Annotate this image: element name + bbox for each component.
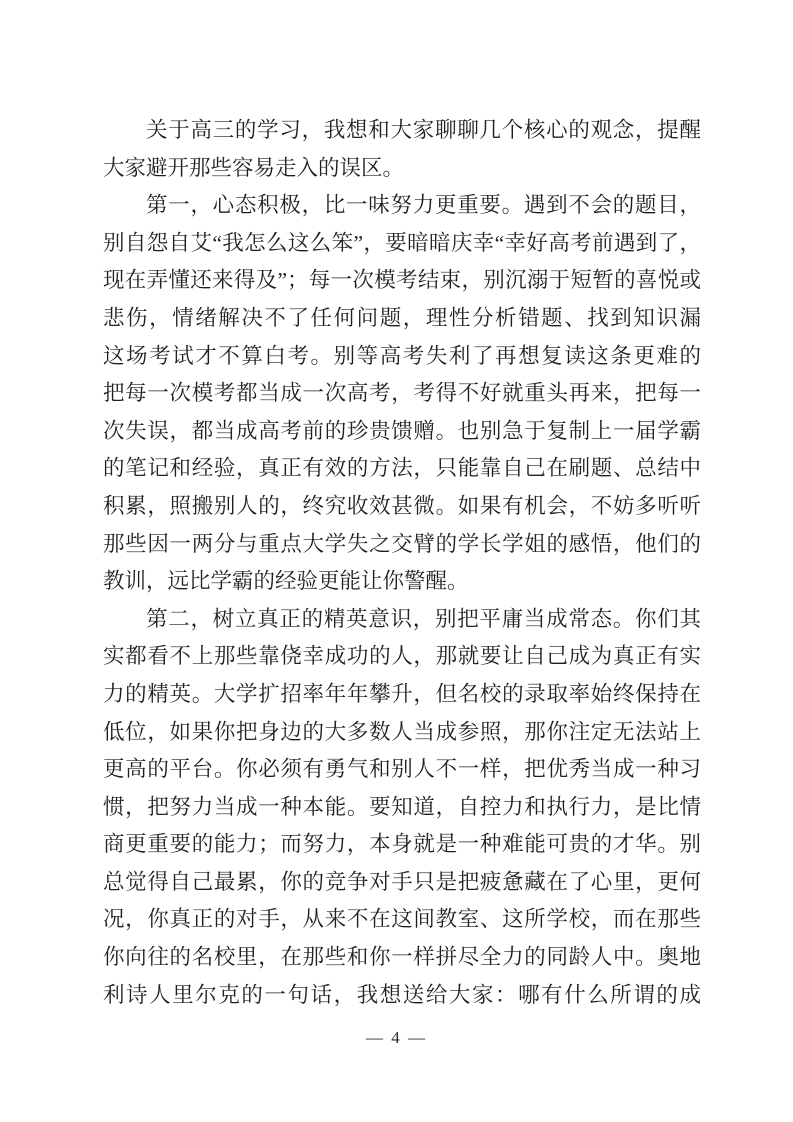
page-number: — 4 — <box>366 1028 427 1047</box>
text-line: 次失误，都当成高考前的珍贵馈赠。也别急于复制上一届学霸 <box>103 413 701 451</box>
text-line: 关于高三的学习，我想和大家聊聊几个核心的观念，提醒 <box>103 112 701 150</box>
page-footer: — 4 — <box>0 1028 793 1048</box>
text-line: 实都看不上那些靠侥幸成功的人，那就要让自己成为真正有实 <box>103 638 701 676</box>
text-line: 这场考试才不算白考。别等高考失利了再想复读这条更难的路， <box>103 338 701 376</box>
text-line: 别自怨自艾“我怎么这么笨”，要暗暗庆幸“幸好高考前遇到了， <box>103 225 701 263</box>
paragraph: 第一，心态积极，比一味努力更重要。遇到不会的题目，别自怨自艾“我怎么这么笨”，要… <box>103 187 701 601</box>
text-line: 悲伤，情绪解决不了任何问题，理性分析错题、找到知识漏洞， <box>103 300 701 338</box>
text-line: 第二，树立真正的精英意识，别把平庸当成常态。你们其 <box>103 601 701 639</box>
document-page: 关于高三的学习，我想和大家聊聊几个核心的观念，提醒大家避开那些容易走入的误区。第… <box>0 0 793 1122</box>
text-line: 积累，照搬别人的，终究收效甚微。如果有机会，不妨多听听 <box>103 488 701 526</box>
text-line: 力的精英。大学扩招率年年攀升，但名校的录取率始终保持在 <box>103 676 701 714</box>
document-body: 关于高三的学习，我想和大家聊聊几个核心的观念，提醒大家避开那些容易走入的误区。第… <box>103 112 701 1014</box>
text-line: 的笔记和经验，真正有效的方法，只能靠自己在刷题、总结中 <box>103 450 701 488</box>
text-line: 把每一次模考都当成一次高考，考得不好就重头再来，把每一 <box>103 375 701 413</box>
text-line: 况，你真正的对手，从来不在这间教室、这所学校，而在那些 <box>103 901 701 939</box>
text-line: 总觉得自己最累，你的竞争对手只是把疲惫藏在了心里，更何 <box>103 864 701 902</box>
text-line: 低位，如果你把身边的大多数人当成参照，那你注定无法站上 <box>103 714 701 752</box>
text-line: 你向往的名校里，在那些和你一样拼尽全力的同龄人中。奥地 <box>103 939 701 977</box>
text-line: 第一，心态积极，比一味努力更重要。遇到不会的题目， <box>103 187 701 225</box>
text-line: 那些因一两分与重点大学失之交臂的学长学姐的感悟，他们的 <box>103 526 701 564</box>
text-line: 惯，把努力当成一种本能。要知道，自控力和执行力，是比情 <box>103 789 701 827</box>
text-line: 大家避开那些容易走入的误区。 <box>103 150 701 188</box>
paragraph: 关于高三的学习，我想和大家聊聊几个核心的观念，提醒大家避开那些容易走入的误区。 <box>103 112 701 187</box>
paragraph: 第二，树立真正的精英意识，别把平庸当成常态。你们其实都看不上那些靠侥幸成功的人，… <box>103 601 701 1015</box>
text-line: 教训，远比学霸的经验更能让你警醒。 <box>103 563 701 601</box>
text-line: 更高的平台。你必须有勇气和别人不一样，把优秀当成一种习 <box>103 751 701 789</box>
text-line: 利诗人里尔克的一句话，我想送给大家：哪有什么所谓的成功？ <box>103 977 701 1015</box>
text-line: 现在弄懂还来得及”；每一次模考结束，别沉溺于短暂的喜悦或 <box>103 262 701 300</box>
text-line: 商更重要的能力；而努力，本身就是一种难能可贵的才华。别 <box>103 826 701 864</box>
